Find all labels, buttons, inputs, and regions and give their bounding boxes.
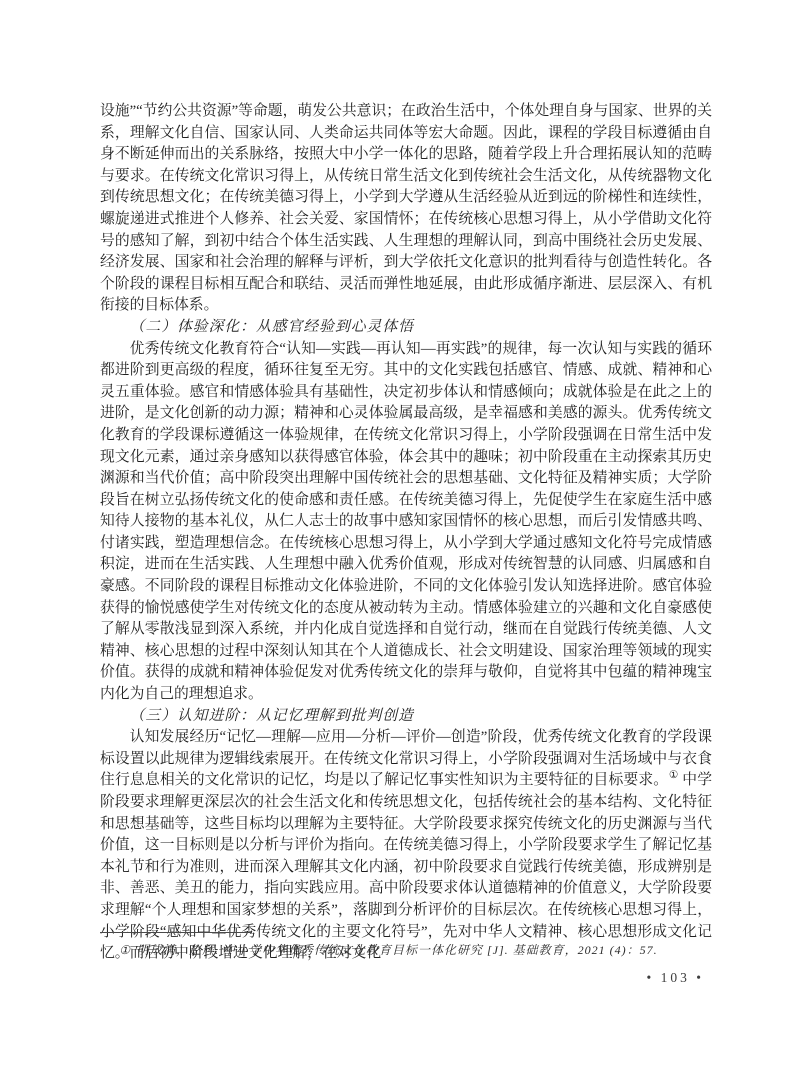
- section-heading-experience: （二）体验深化：从感官经验到心灵体悟: [100, 317, 712, 339]
- paragraph-experience: 优秀传统文化教育符合“认知—实践—再认知—再实践”的规律，每一次认知与实践的循环…: [100, 339, 712, 706]
- footnote-section: ①明成满，赵辉. 中小学中华优秀传统文化教育目标一体化研究 [J]. 基础教育，…: [100, 932, 712, 959]
- footnote-text: 明成满，赵辉. 中小学中华优秀传统文化教育目标一体化研究 [J]. 基础教育，2…: [137, 943, 658, 957]
- footnote-entry: ①明成满，赵辉. 中小学中华优秀传统文化教育目标一体化研究 [J]. 基础教育，…: [100, 942, 712, 959]
- paragraph-goal-system: 设施”“节约公共资源”等命题，萌发公共意识；在政治生活中，个体处理自身与国家、世…: [100, 101, 712, 317]
- article-body: 设施”“节约公共资源”等命题，萌发公共意识；在政治生活中，个体处理自身与国家、世…: [100, 101, 712, 965]
- section-heading-cognition: （三）认知进阶：从记忆理解到批判创造: [100, 706, 712, 728]
- document-page: 设施”“节约公共资源”等命题，萌发公共意识；在政治生活中，个体处理自身与国家、世…: [0, 0, 800, 1077]
- paragraph-cognition: 认知发展经历“记忆—理解—应用—分析—评价—创造”阶段，优秀传统文化教育的学段课…: [100, 727, 712, 965]
- footnote-reference: ①: [669, 770, 679, 781]
- page-number: • 103 •: [647, 970, 704, 986]
- paragraph-cognition-part1: 认知发展经历“记忆—理解—应用—分析—评价—创造”阶段，优秀传统文化教育的学段课…: [100, 729, 712, 788]
- footnote-marker: ①: [119, 943, 131, 957]
- footnote-divider: [100, 932, 252, 933]
